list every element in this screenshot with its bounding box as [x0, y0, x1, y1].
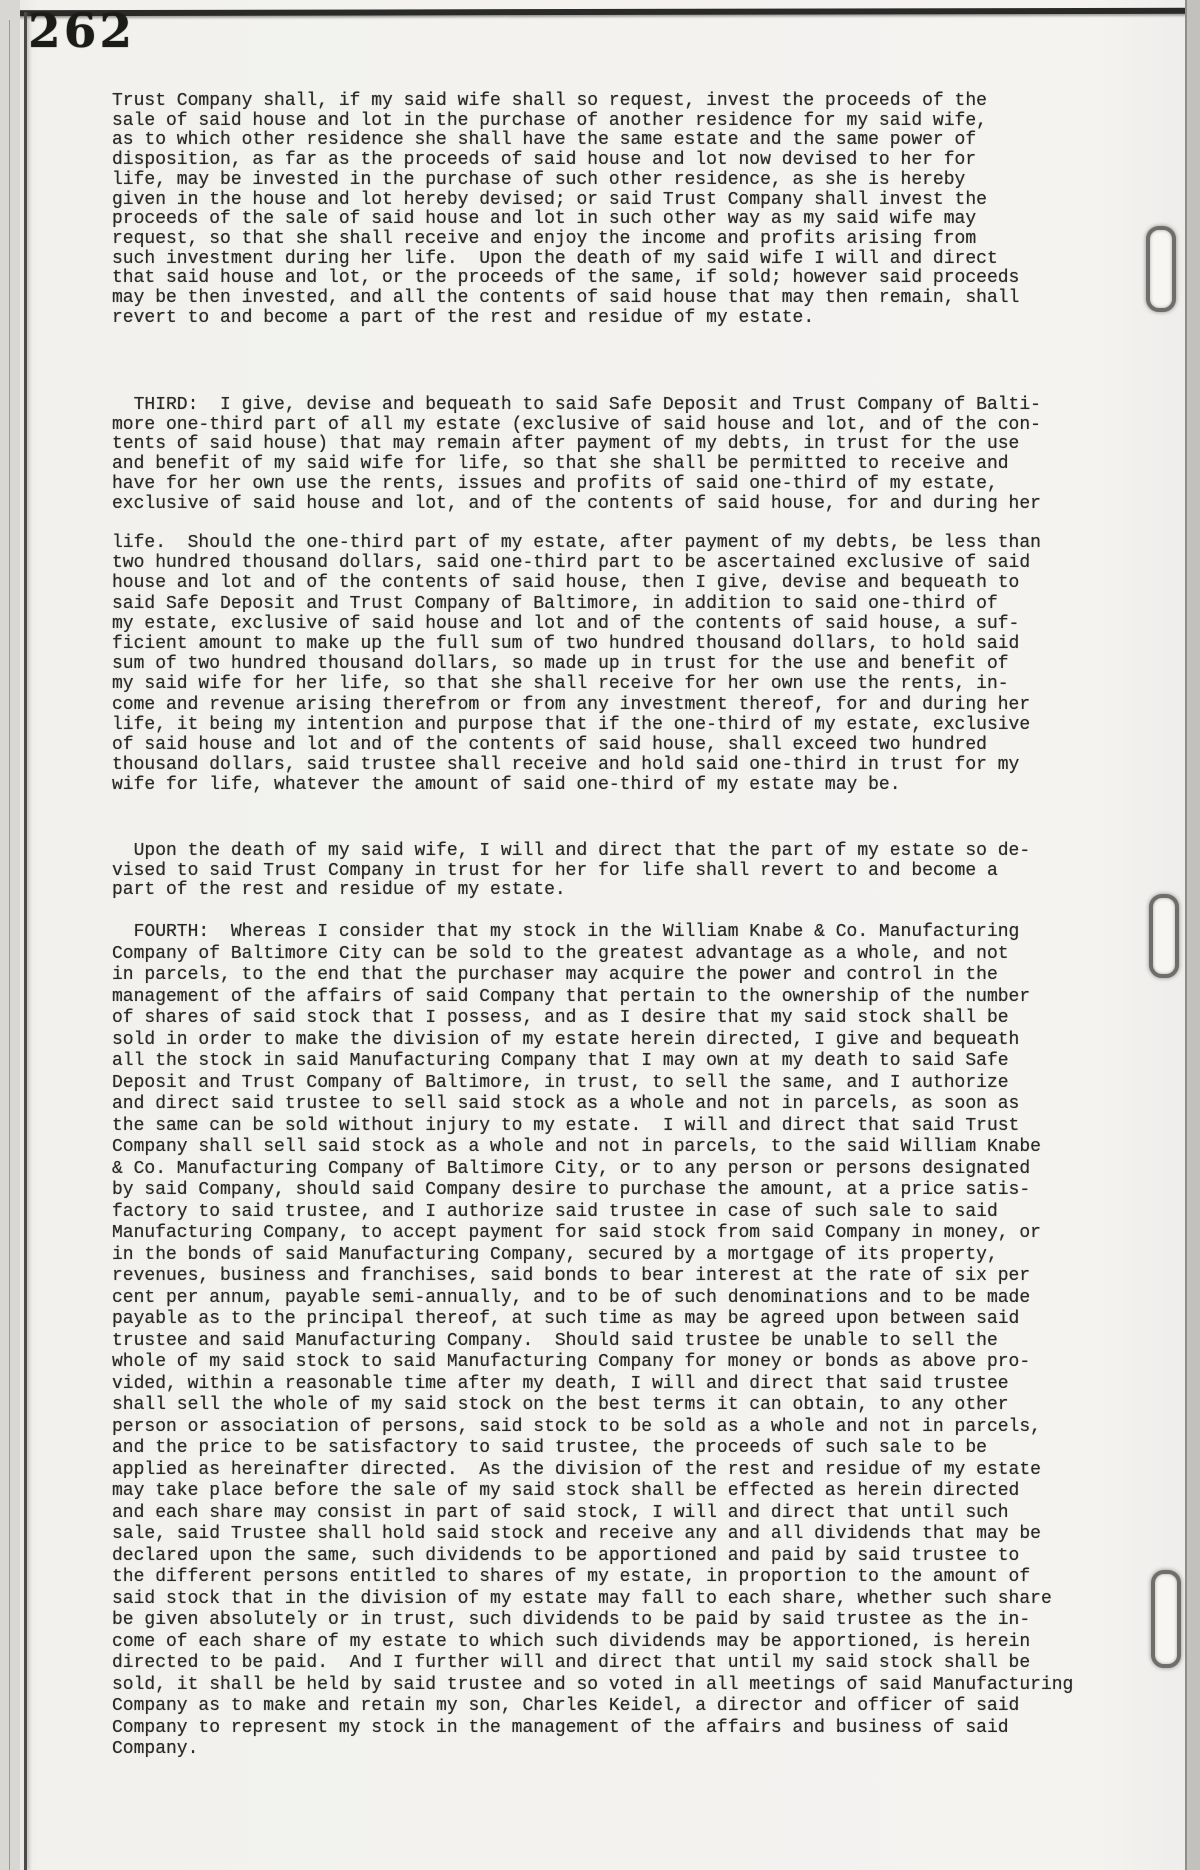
binder-slot-icon: [1151, 1570, 1181, 1668]
scan-right-edge: [1185, 0, 1200, 1870]
paragraph-third-clause-start: THIRD: I give, devise and bequeath to sa…: [112, 396, 1041, 514]
scanned-will-page: 262 Trust Company shall, if my said wife…: [0, 0, 1200, 1870]
binder-slot-icon: [1149, 894, 1179, 978]
page-number: 262: [28, 4, 135, 59]
paragraph-third-clause-continued: life. Should the one-third part of my es…: [112, 533, 1041, 796]
paragraph-upon-death: Upon the death of my said wife, I will a…: [112, 842, 1030, 901]
scan-left-edge-line-faint: [9, 20, 10, 1870]
scan-left-margin: [0, 0, 20, 1870]
paragraph-continuation: Trust Company shall, if my said wife sha…: [112, 92, 1019, 328]
scan-top-edge: [0, 8, 1192, 16]
scan-left-edge-line: [24, 12, 27, 1870]
paragraph-fourth-clause: FOURTH: Whereas I consider that my stock…: [112, 922, 1073, 1761]
binder-slot-icon: [1146, 226, 1176, 312]
